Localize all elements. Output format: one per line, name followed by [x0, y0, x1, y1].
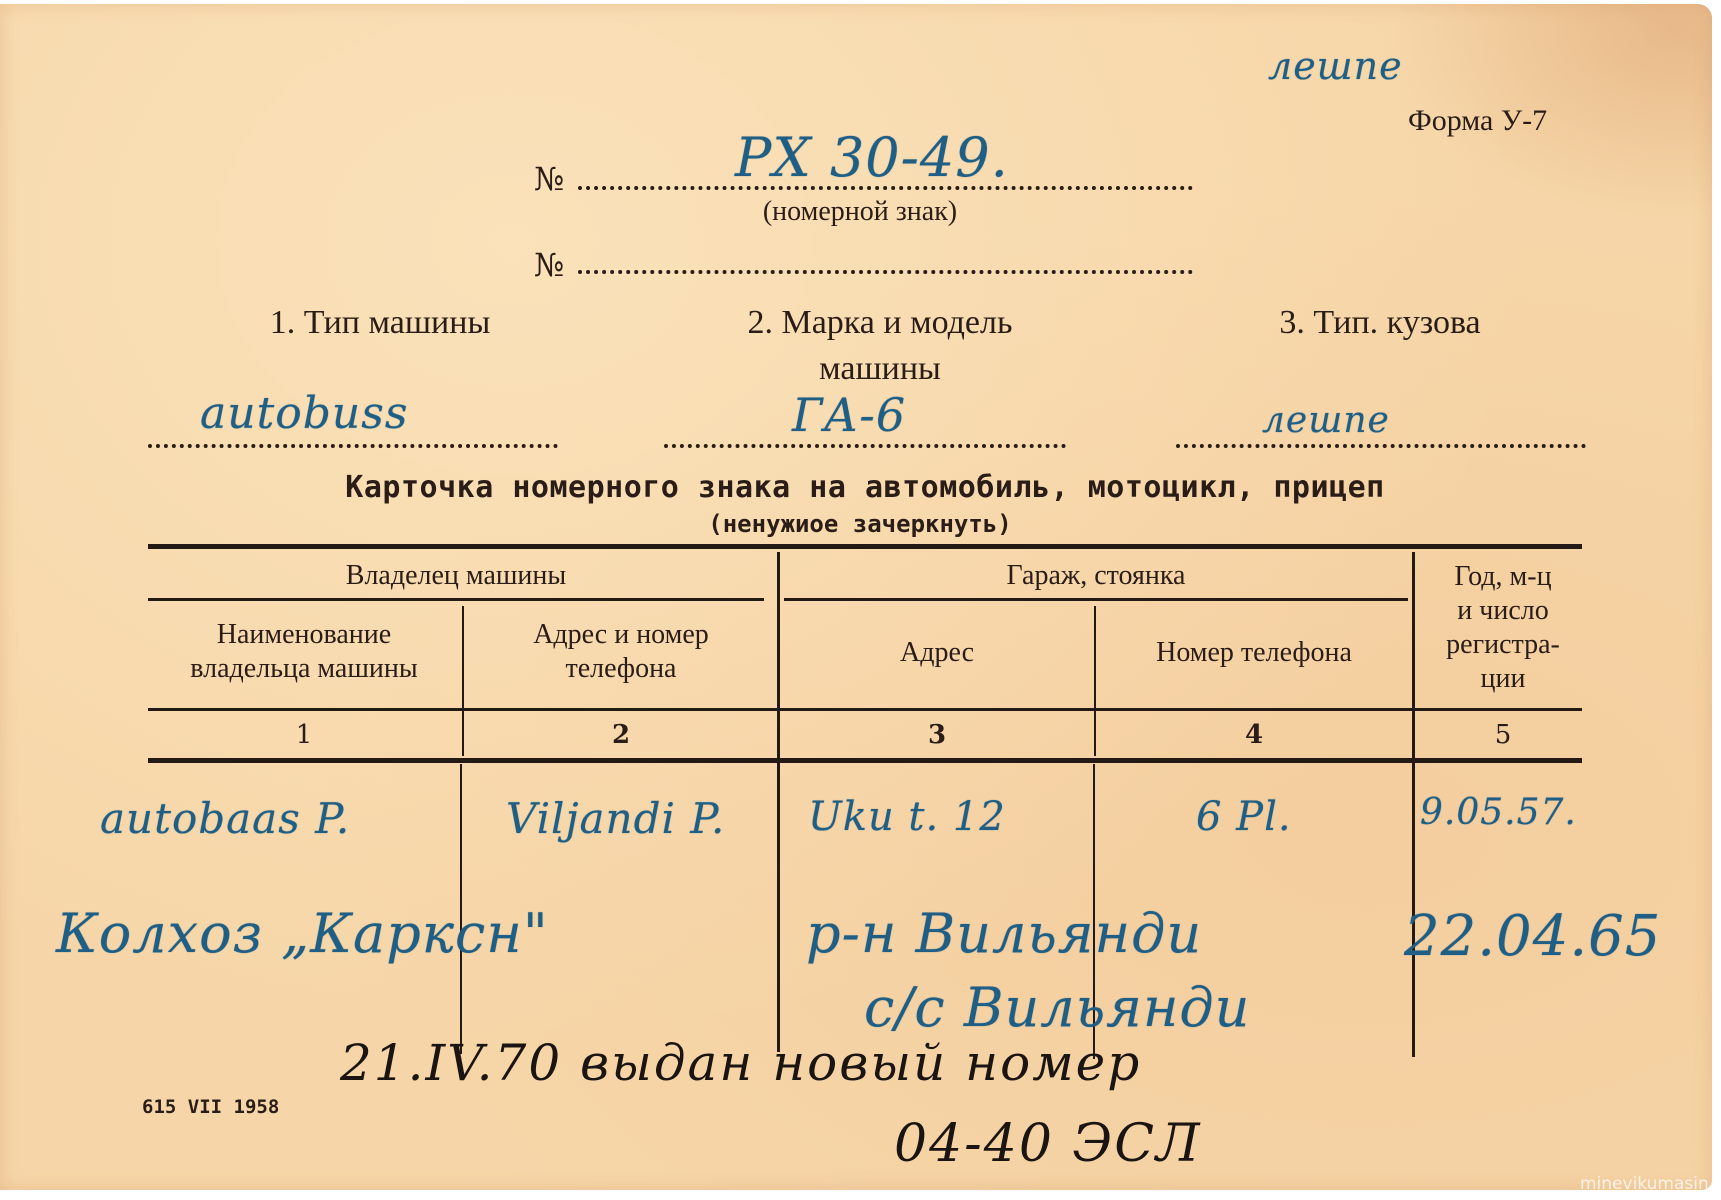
card-title: Карточка номерного знака на автомобиль, …: [140, 470, 1590, 505]
col-number-5: 5: [1418, 720, 1588, 750]
field-make-model-label: 2. Марка и модель: [660, 304, 1100, 342]
table-top-rule: [148, 544, 1582, 549]
numbers-bottom-rule: [148, 758, 1582, 763]
col-header-garage-phone-line1: Номер телефона: [1098, 636, 1410, 670]
watermark: minevikumasin.ee: [1580, 1174, 1721, 1194]
field-make-model-dotline: [664, 444, 1066, 448]
row2-garage-address[interactable]: р-н Вильянди: [806, 902, 1202, 965]
top-right-handwritten-note: лешпе: [1268, 44, 1403, 88]
row1-garage-address[interactable]: Uku t. 12: [808, 794, 1006, 840]
row2-owner-name[interactable]: Колхоз „Карксн": [56, 902, 549, 965]
footer-new-plate-number[interactable]: 04-40 ЭСЛ: [894, 1114, 1201, 1174]
field-make-model-value[interactable]: ГА-6: [792, 388, 906, 442]
col-divider-1-2: [462, 606, 464, 756]
col-divider-3-4: [1094, 606, 1096, 756]
card-subtitle: (ненужиое зачеркнуть): [560, 510, 1160, 538]
col-header-owner-address-line1: Адрес и номер: [466, 618, 776, 652]
plate-number-caption: (номерной знак): [700, 196, 1020, 228]
row1-owner-address[interactable]: Viljandi P.: [506, 794, 725, 843]
second-number-symbol: №: [534, 246, 564, 284]
row2-garage-address-line2[interactable]: с/с Вильянди: [864, 976, 1250, 1039]
row1-garage-phone[interactable]: 6 Pl.: [1196, 794, 1292, 840]
garage-group-rule: [784, 598, 1408, 601]
col-header-reg-date-line4: ции: [1418, 662, 1588, 696]
col-header-reg-date-line1: Год, м-ц: [1418, 560, 1588, 594]
plate-number-symbol: №: [534, 160, 564, 198]
col-header-garage-address-line1: Адрес: [782, 636, 1092, 670]
col-number-1: 1: [148, 720, 460, 750]
group-header-owner: Владелец машины: [148, 560, 764, 592]
col-header-reg-date-line3: регистра-: [1418, 628, 1588, 662]
col-header-owner-name-line1: Наименование: [148, 618, 460, 652]
plate-number-value[interactable]: РХ 30-49.: [735, 126, 1009, 189]
col-header-reg-date-line2: и число: [1418, 594, 1588, 628]
group-header-garage: Гараж, стоянка: [784, 560, 1408, 592]
col-number-2: 2: [466, 720, 776, 750]
footer-handwritten-note[interactable]: 21.IV.70 выдан новый номер: [340, 1034, 1141, 1092]
col-header-garage-address: Адрес: [782, 636, 1092, 670]
row1-reg-date[interactable]: 9.05.57.: [1420, 792, 1577, 833]
field-make-model-label-line2: машины: [660, 350, 1100, 388]
registration-card: лешпе Форма У-7 № РХ 30-49. (номерной зн…: [0, 4, 1712, 1190]
col-header-garage-phone: Номер телефона: [1098, 636, 1410, 670]
owner-group-rule: [148, 598, 764, 601]
col-header-owner-name: Наименование владельца машины: [148, 618, 460, 686]
group-divider-garage-date: [1412, 552, 1415, 1057]
form-code: Форма У-7: [1408, 104, 1547, 138]
second-number-dotline[interactable]: [578, 270, 1193, 274]
col-number-4: 4: [1098, 720, 1410, 750]
row2-reg-date[interactable]: 22.04.65: [1404, 904, 1661, 969]
print-code: 615 VII 1958: [142, 1096, 279, 1118]
group-divider-owner-garage: [777, 552, 780, 1052]
field-vehicle-type-value[interactable]: autobuss: [200, 388, 408, 439]
col-header-reg-date: Год, м-ц и число регистра- ции: [1418, 560, 1588, 696]
field-body-type-dotline: [1176, 444, 1586, 448]
field-body-type-value[interactable]: лешпе: [1262, 400, 1390, 441]
col-header-owner-name-line2: владельца машины: [148, 652, 460, 686]
field-vehicle-type-label: 1. Тип машины: [150, 304, 610, 342]
row1-owner-name[interactable]: autobaas P.: [100, 794, 350, 843]
header-bottom-rule: [148, 708, 1582, 711]
field-vehicle-type-dotline: [148, 444, 558, 448]
col-number-3: 3: [782, 720, 1092, 750]
col-header-owner-address: Адрес и номер телефона: [466, 618, 776, 686]
col-header-owner-address-line2: телефона: [466, 652, 776, 686]
field-body-type-label: 3. Тип. кузова: [1190, 304, 1570, 342]
